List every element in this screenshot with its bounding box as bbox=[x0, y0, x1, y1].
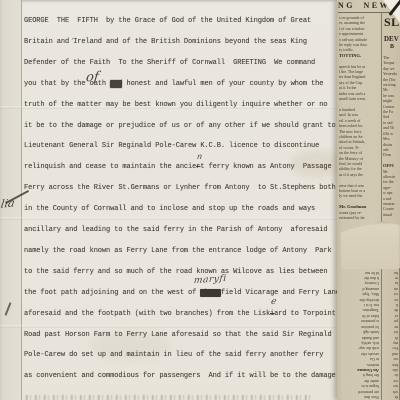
newsprint-line: wh bbox=[381, 389, 398, 394]
newsprint-line: An Unusua bbox=[338, 368, 379, 373]
typed-text: field Vicarage and Ferry Lane bbox=[221, 289, 340, 297]
obl-text: and bbox=[110, 80, 122, 88]
newsprint-line: lands righ bbox=[338, 330, 379, 335]
handwritten-correction-of: of bbox=[85, 70, 99, 86]
typed-line: as convenient and commodious for passeng… bbox=[24, 372, 336, 380]
typed-text: namely the road known as Ferry Lane from… bbox=[24, 247, 332, 255]
folded-blank-area bbox=[340, 221, 400, 269]
typed-line: Ferry across the River St.Germans or Lyn… bbox=[24, 184, 336, 192]
newsprint-line: sto bbox=[381, 384, 398, 389]
blackout-text: Thanc bbox=[200, 289, 221, 297]
newsprint-line: ne bbox=[381, 324, 398, 329]
typed-line: in the County of Cornwall and to inclose… bbox=[24, 205, 315, 213]
newsprint-line: ha bbox=[381, 270, 398, 275]
newsprint-line: lt bbox=[381, 303, 398, 308]
typed-line-partial bbox=[26, 395, 314, 400]
headline-fragment-b: B bbox=[390, 44, 394, 50]
typed-line: Defender of the Faith To the Sheriff of … bbox=[24, 59, 315, 67]
typed-text: it be to the damage or prejudice of us o… bbox=[24, 122, 336, 130]
typed-text: t ferry known as Antony Passage bbox=[200, 163, 331, 171]
newsprint-line: amazing d bbox=[338, 286, 379, 291]
newsprint-line: is promises bbox=[338, 319, 379, 324]
newsprint-line: lst position bbox=[338, 324, 379, 329]
upside-down-newsprint: thwhstoweticalwheascrandFromythstinepora… bbox=[337, 268, 400, 400]
typed-text: honest and lawful men of your county by … bbox=[122, 80, 323, 88]
typed-text: Defender of the Faith To the Sheriff of … bbox=[24, 59, 315, 67]
typed-text: truth of the matter may be best known yo… bbox=[24, 101, 327, 109]
newsprint-line: we bbox=[381, 378, 398, 383]
newsprint-line: estimated by far bbox=[339, 215, 381, 220]
newsprint-line: May, Type bbox=[338, 292, 379, 297]
newsprint-line: the long it bbox=[338, 373, 379, 378]
newsprint-line: my bbox=[381, 341, 398, 346]
typed-text: as convenient and commodious for passeng… bbox=[24, 372, 336, 380]
typed-line: namely the road known as Ferry Lane from… bbox=[24, 247, 332, 255]
newsprint-line: hea bbox=[381, 362, 398, 367]
newsprint-line: to Ga bbox=[338, 357, 379, 362]
handwritten-correction-e: e bbox=[270, 297, 276, 307]
newsprint-line: rascals else bbox=[338, 351, 379, 356]
typed-text-block: GEORGE THE FIFTH by the Grace of God of … bbox=[24, 17, 340, 400]
upside-column: Now thatare promisedbegun is toander the… bbox=[338, 268, 379, 400]
typed-text: ancillary and leading to the said ferry … bbox=[24, 226, 327, 234]
handwritten-correction-n: n bbox=[196, 152, 202, 161]
newsprint-line: sti bbox=[381, 330, 398, 335]
newsprint-line: are promised bbox=[338, 389, 379, 394]
typed-line: truth of the matter may be best known yo… bbox=[24, 101, 327, 109]
newsprint-line: develop this bbox=[338, 297, 379, 302]
newsprint-line: ton. It is i bbox=[338, 303, 379, 308]
typed-text: aforesaid and the footpath (with two bra… bbox=[24, 310, 270, 318]
newsprint-line: tu bbox=[381, 281, 398, 286]
typed-line: Britain and Ireland and of the British D… bbox=[24, 38, 307, 46]
typed-text: ard to Torpoint bbox=[274, 310, 336, 318]
newsprint-line: matters. bbox=[338, 362, 379, 367]
typed-text: GEORGE THE FIFTH by the Grace of God of … bbox=[24, 17, 311, 25]
photographed-document: GEORGE THE FIFTH by the Grace of God of … bbox=[0, 0, 400, 400]
newsprint-line: Now that bbox=[338, 395, 379, 400]
newsprint-line: po bbox=[381, 319, 398, 324]
newsprint-line: and bbox=[381, 351, 398, 356]
newsprint-line: th bbox=[381, 395, 398, 400]
typed-line: Pole-Carew do set up and maintain in lie… bbox=[24, 351, 323, 359]
newsprint-line: ld be ma bbox=[338, 270, 379, 275]
newsprint-line: with the sup- bbox=[338, 346, 379, 351]
typed-text: Road past Horson Farm to Ferry Lane afor… bbox=[24, 331, 332, 339]
typed-line: it be to the damage or prejudice of us o… bbox=[24, 122, 336, 130]
newsprint-column-right: TheTorquaday weYesterdathe (TorarrivingM… bbox=[383, 55, 400, 223]
typed-text: relinquish and cease to maintain the anc… bbox=[24, 163, 196, 171]
newsprint-line: Fro bbox=[381, 346, 398, 351]
newsprint-line: scr bbox=[381, 357, 398, 362]
newsprint-line: tinual bbox=[383, 212, 400, 217]
headline-fragment-dev: DEV bbox=[384, 35, 399, 43]
newsprint-line: Courtesy bbox=[338, 281, 379, 286]
newsprint-line: wi bbox=[381, 292, 398, 297]
newspaper-masthead: NG NEWS bbox=[338, 1, 390, 13]
typed-line: GEORGE THE FIFTH by the Grace of God of … bbox=[24, 17, 311, 25]
typed-text: Britain and Ireland and of the British D… bbox=[24, 38, 307, 46]
newsprint-line: de bbox=[381, 308, 398, 313]
typed-line: to the said ferry and so much of the roa… bbox=[24, 268, 327, 276]
typed-line: ancillary and leading to the said ferry … bbox=[24, 226, 327, 234]
newsprint-line: and thanks bbox=[338, 335, 379, 340]
typed-text: Pole-Carew do set up and maintain in lie… bbox=[24, 351, 323, 359]
typed-text: the foot path adjoining and on the west … bbox=[24, 289, 200, 297]
newsprint-line: ra bbox=[381, 314, 398, 319]
newsprint-line: Tangerine. bbox=[338, 308, 379, 313]
newsprint-column-left: s on grounds ofer, assuming thet of our … bbox=[339, 15, 381, 223]
typed-line: Lieutenant General Sir Reginald Pole-Car… bbox=[24, 142, 319, 150]
typed-text: to the said ferry and so much of the roa… bbox=[24, 268, 327, 276]
newspaper-clipping: NG NEWS SLO DEV B s on grounds ofer, ass… bbox=[337, 0, 400, 400]
typed-line: aforesaid and the footpath (with two bra… bbox=[24, 310, 336, 318]
typed-text: Ferry across the River St.Germans or Lyn… bbox=[24, 184, 336, 192]
newsprint-line: lakes of th bbox=[338, 314, 379, 319]
newsprint-line: an bbox=[381, 286, 398, 291]
newsprint-line: os bbox=[381, 297, 398, 302]
newsprint-line: re bbox=[381, 276, 398, 281]
newsprint-line: th bbox=[381, 335, 398, 340]
headline-fragment-slo: SLO bbox=[384, 15, 400, 30]
typed-text: Lieutenant General Sir Reginald Pole-Car… bbox=[24, 142, 319, 150]
newsprint-line: h that the bbox=[338, 276, 379, 281]
typed-line: Road past Horson Farm to Ferry Lane afor… bbox=[24, 331, 332, 339]
typed-line: relinquish and cease to maintain the anc… bbox=[24, 163, 332, 171]
typed-line: you that by the oath and honest and lawf… bbox=[24, 80, 323, 88]
upside-column: thwhstoweticalwheascrandFromythstinepora… bbox=[381, 268, 400, 400]
typed-line: the foot path adjoining and on the west … bbox=[24, 289, 340, 297]
newsprint-line: tic bbox=[381, 373, 398, 378]
typed-text: in the County of Cornwall and to inclose… bbox=[24, 205, 315, 213]
newsprint-line: alw bbox=[381, 368, 398, 373]
newsprint-line: ander the bbox=[338, 378, 379, 383]
